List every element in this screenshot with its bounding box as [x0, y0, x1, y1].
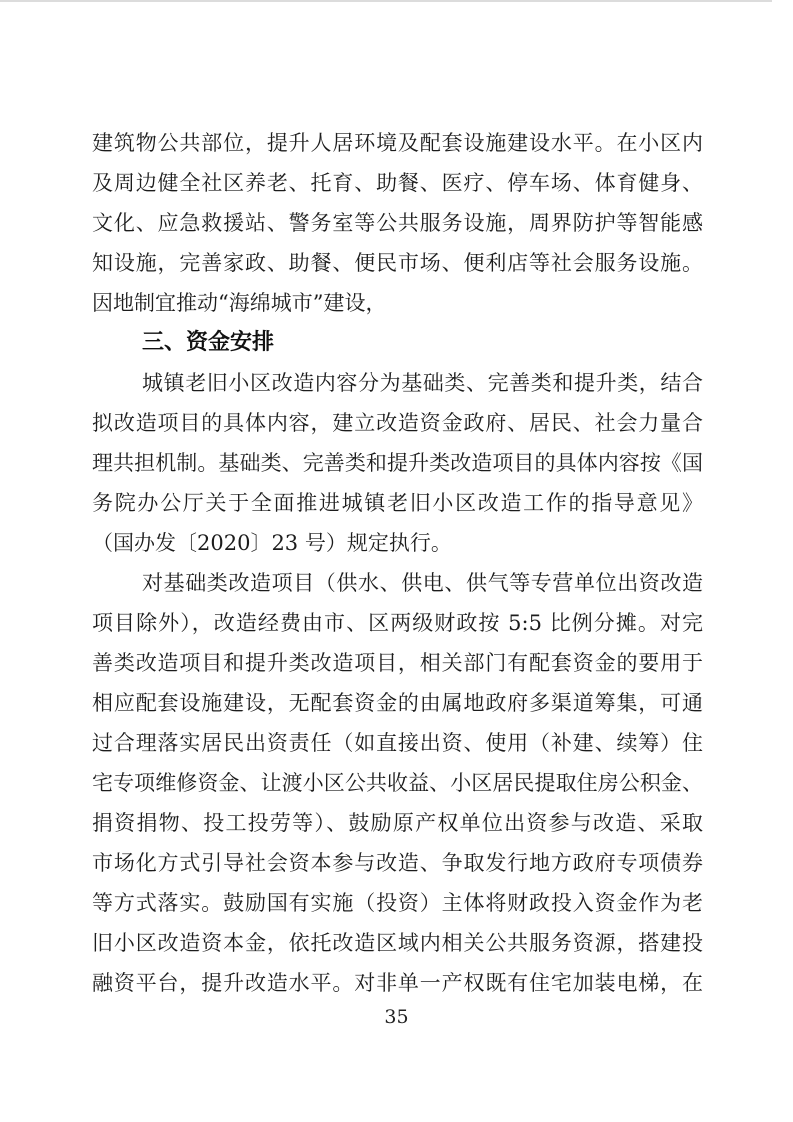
- text-line: 及周边健全社区养老、托育、助餐、医疗、停车场、体育健身、: [92, 163, 703, 203]
- text-line: 拟改造项目的具体内容，建立改造资金政府、居民、社会力量合: [92, 403, 703, 443]
- text-line: 等方式落实。鼓励国有实施（投资）主体将财政投入资金作为老: [92, 883, 703, 923]
- text-line: 市场化方式引导社会资本参与改造、争取发行地方政府专项债券: [92, 843, 703, 883]
- text-line: 过合理落实居民出资责任（如直接出资、使用（补建、续筹）住: [92, 723, 703, 763]
- text-line: 善类改造项目和提升类改造项目，相关部门有配套资金的要用于: [92, 643, 703, 683]
- text-line: 对基础类改造项目（供水、供电、供气等专营单位出资改造: [92, 563, 703, 603]
- text-line: 因地制宜推动“海绵城市”建设，: [92, 283, 703, 323]
- document-page: 建筑物公共部位，提升人居环境及配套设施建设水平。在小区内及周边健全社区养老、托育…: [0, 0, 793, 1122]
- text-line: 务院办公厅关于全面推进城镇老旧小区改造工作的指导意见》: [92, 483, 703, 523]
- text-line: 捐资捐物、投工投劳等）、鼓励原产权单位出资参与改造、采取: [92, 803, 703, 843]
- text-line: 相应配套设施建设，无配套资金的由属地政府多渠道筹集，可通: [92, 683, 703, 723]
- text-line: 文化、应急救援站、警务室等公共服务设施，周界防护等智能感: [92, 203, 703, 243]
- text-line: 建筑物公共部位，提升人居环境及配套设施建设水平。在小区内: [92, 123, 703, 163]
- scan-edge-artifact: [0, 0, 772, 2]
- document-body: 建筑物公共部位，提升人居环境及配套设施建设水平。在小区内及周边健全社区养老、托育…: [92, 123, 703, 1003]
- text-line: 项目除外），改造经费由市、区两级财政按 5:5 比例分摊。对完: [92, 603, 703, 643]
- text-line: 城镇老旧小区改造内容分为基础类、完善类和提升类，结合: [92, 363, 703, 403]
- text-line: 知设施，完善家政、助餐、便民市场、便利店等社会服务设施。: [92, 243, 703, 283]
- text-line: 理共担机制。基础类、完善类和提升类改造项目的具体内容按《国: [92, 443, 703, 483]
- text-line: 旧小区改造资本金，依托改造区域内相关公共服务资源，搭建投: [92, 923, 703, 963]
- page-number: 35: [0, 1004, 793, 1030]
- text-line: （国办发〔2020〕23 号）规定执行。: [92, 523, 703, 563]
- text-line: 融资平台，提升改造水平。对非单一产权既有住宅加装电梯，在: [92, 963, 703, 1003]
- text-line: 宅专项维修资金、让渡小区公共收益、小区居民提取住房公积金、: [92, 763, 703, 803]
- section-heading: 三、资金安排: [92, 323, 703, 363]
